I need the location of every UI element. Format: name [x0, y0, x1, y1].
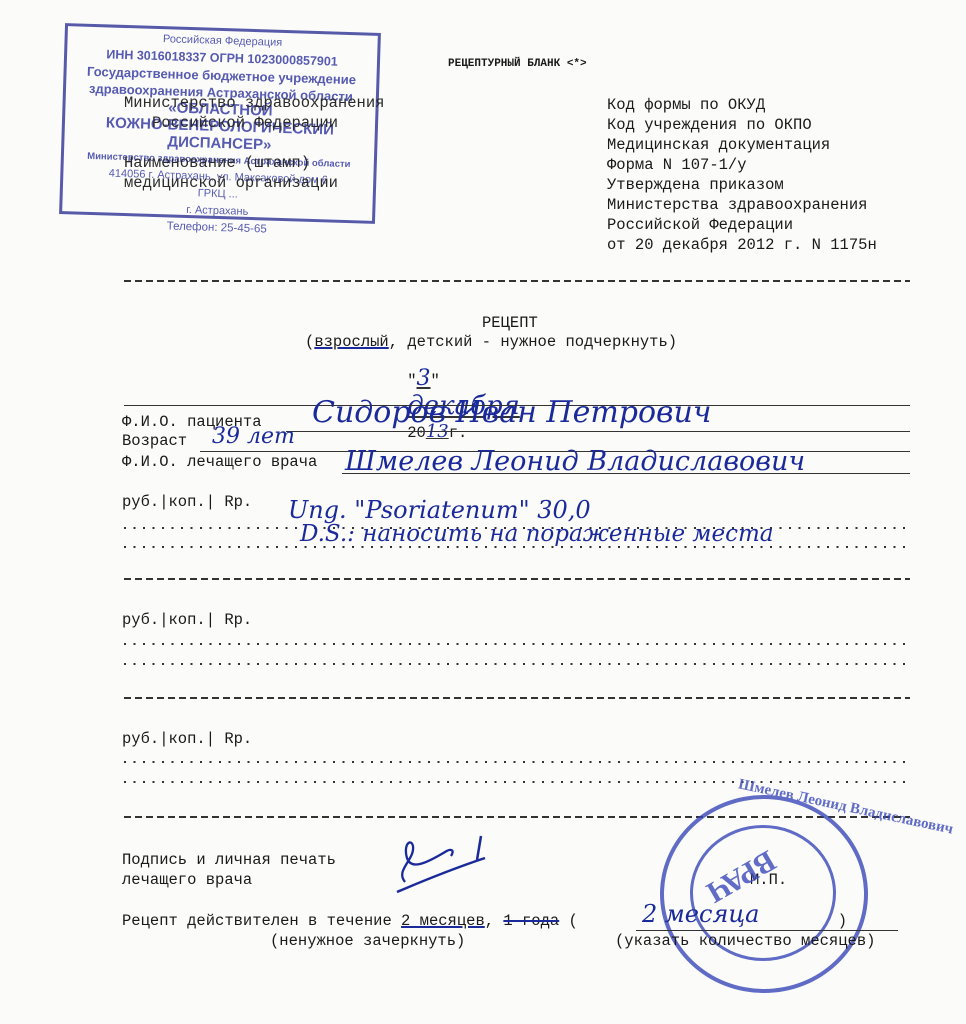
approved-line: Утверждена приказом	[607, 175, 877, 195]
federation-line: Российской Федерации	[607, 215, 877, 235]
doctor-stamp: Шмелев Леонид Владиславович ВРАЧ	[660, 795, 868, 993]
name-stamp-line: Наименование (штамп)	[124, 153, 384, 173]
validity-option-year: 1 года	[503, 912, 559, 930]
med-doc-line: Медицинская документация	[607, 135, 877, 155]
paren: (	[305, 333, 314, 351]
organization-line: медицинской организации	[124, 173, 384, 193]
dotted-line	[124, 781, 910, 783]
patient-name: Сидоров Иван Петрович	[312, 395, 712, 430]
ministry-line: Министерство здравоохранения	[124, 93, 384, 113]
signature-label-1: Подпись и личная печать	[122, 850, 336, 870]
header-left: Министерство здравоохранения Российской …	[124, 93, 384, 193]
rx-label: руб.|коп.| Rp.	[122, 729, 252, 749]
signature-label-2: лечащего врача	[122, 870, 336, 890]
okpo-line: Код учреждения по ОКПО	[607, 115, 877, 135]
age-value: 39 лет	[212, 424, 295, 449]
rx-line-2: D.S.: наносить на пораженные места	[300, 521, 774, 547]
dotted-line	[124, 663, 910, 665]
federation-line: Российской Федерации	[124, 113, 384, 133]
type-adult: взрослый	[314, 333, 388, 351]
quote: "	[407, 372, 416, 390]
separator	[124, 280, 910, 282]
validity-prefix: Рецепт действителен в течение	[122, 912, 401, 930]
header-right: Код формы по ОКУД Код учреждения по ОКПО…	[607, 95, 877, 255]
dotted-line	[124, 643, 910, 645]
ministry-line: Министерства здравоохранения	[607, 195, 877, 215]
validity-hint-left: (ненужное зачеркнуть)	[270, 931, 465, 951]
sep: ,	[485, 912, 504, 930]
validity-handwritten: 2 месяца	[642, 900, 759, 928]
date-day: 3	[417, 366, 431, 391]
separator	[124, 697, 910, 699]
paren: (	[559, 912, 578, 930]
quote: "	[431, 372, 440, 390]
rx-line-1: Ung. "Psoriatenum" 30,0	[288, 496, 591, 524]
separator	[124, 578, 910, 580]
rule	[342, 473, 910, 474]
order-date-line: от 20 декабря 2012 г. N 1175н	[607, 235, 877, 255]
rule	[286, 431, 910, 432]
okud-line: Код формы по ОКУД	[607, 95, 877, 115]
age-label: Возраст	[122, 431, 187, 451]
dotted-line	[124, 761, 910, 763]
doctor-label: Ф.И.О. лечащего врача	[122, 452, 317, 472]
rx-label: руб.|коп.| Rp.	[122, 492, 252, 512]
recipe-title: РЕЦЕПТ	[482, 313, 538, 333]
doctor-signature	[385, 830, 495, 900]
paren: )	[838, 912, 847, 930]
validity-option-months: 2 месяцев	[401, 912, 485, 930]
validity-hint-right: (указать количество месяцев)	[615, 931, 875, 951]
rx-label: руб.|коп.| Rp.	[122, 610, 252, 630]
signature-label: Подпись и личная печать лечащего врача	[122, 850, 336, 890]
blank-title: РЕЦЕПТУРНЫЙ БЛАНК <*>	[448, 58, 587, 70]
form-number-line: Форма N 107-1/у	[607, 155, 877, 175]
